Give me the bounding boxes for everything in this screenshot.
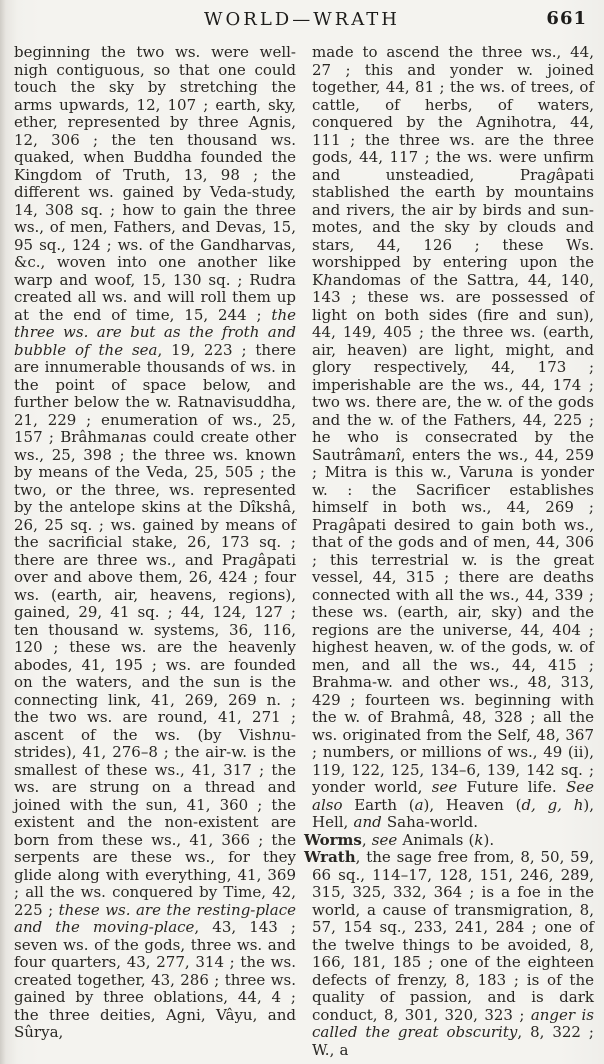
entry-wrath: Wrath, the sage free from, 8, 50, 59, 66… — [304, 849, 594, 1059]
entry-world-continued-right: made to ascend the three ws., 44, 27 ; t… — [304, 44, 594, 832]
book-page: WORLD—WRATH 661 beginning the two ws. we… — [0, 0, 604, 1064]
right-column: made to ascend the three ws., 44, 27 ; t… — [304, 44, 594, 1059]
entry-world-continued-left: beginning the two ws. were well-nigh con… — [6, 44, 296, 1042]
left-column: beginning the two ws. were well-nigh con… — [6, 44, 296, 1042]
entry-worms: Worms, see Animals (k). — [304, 832, 594, 850]
page-number: 661 — [546, 8, 587, 29]
running-head-title: WORLD—WRATH — [0, 9, 604, 30]
